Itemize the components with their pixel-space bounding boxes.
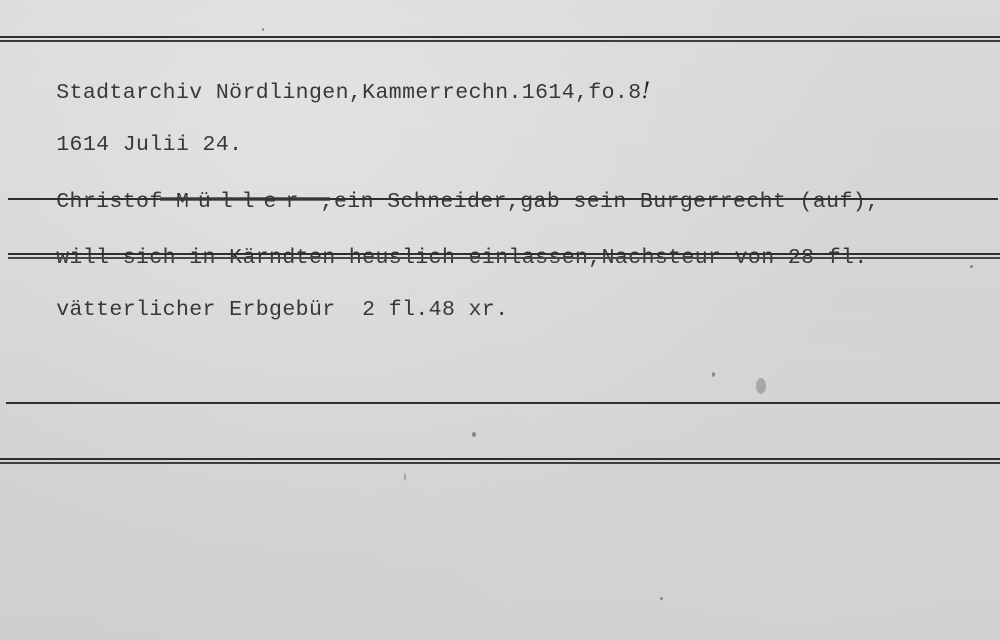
middle-rule bbox=[6, 402, 1000, 404]
paper-speck bbox=[712, 372, 715, 377]
person-description: ,ein Schneider,gab sein Burgerrecht (auf… bbox=[307, 190, 879, 214]
inheritance-text: vätterlicher Erbgebür 2 fl.48 xr. bbox=[56, 298, 508, 322]
paper-speck bbox=[660, 597, 663, 600]
paper-stain bbox=[756, 378, 766, 394]
inheritance-line: vätterlicher Erbgebür 2 fl.48 xr. bbox=[3, 278, 509, 343]
paper-speck bbox=[404, 473, 406, 481]
paper-speck bbox=[262, 28, 264, 31]
person-prefix: Christof bbox=[56, 190, 176, 214]
underline-person-line bbox=[8, 198, 998, 200]
underline-relocation-line bbox=[8, 253, 1000, 255]
paper-speck bbox=[472, 432, 476, 437]
person-line: Christof Müller ,ein Schneider,gab sein … bbox=[3, 170, 879, 235]
underline-relocation-line-second bbox=[8, 257, 1000, 259]
paper-speck bbox=[970, 265, 973, 268]
underline-surname-emphasis bbox=[160, 197, 330, 201]
source-reference: Stadtarchiv Nördlingen,Kammerrechn.1614,… bbox=[56, 81, 641, 105]
date-line: 1614 Julii 24. bbox=[3, 113, 242, 178]
handwritten-mark: ! bbox=[642, 79, 651, 104]
index-card: Stadtarchiv Nördlingen,Kammerrechn.1614,… bbox=[0, 0, 1000, 640]
entry-date: 1614 Julii 24. bbox=[56, 133, 242, 157]
bottom-double-rule bbox=[0, 458, 1000, 460]
person-surname: Müller bbox=[176, 190, 307, 214]
top-double-rule bbox=[0, 36, 1000, 38]
